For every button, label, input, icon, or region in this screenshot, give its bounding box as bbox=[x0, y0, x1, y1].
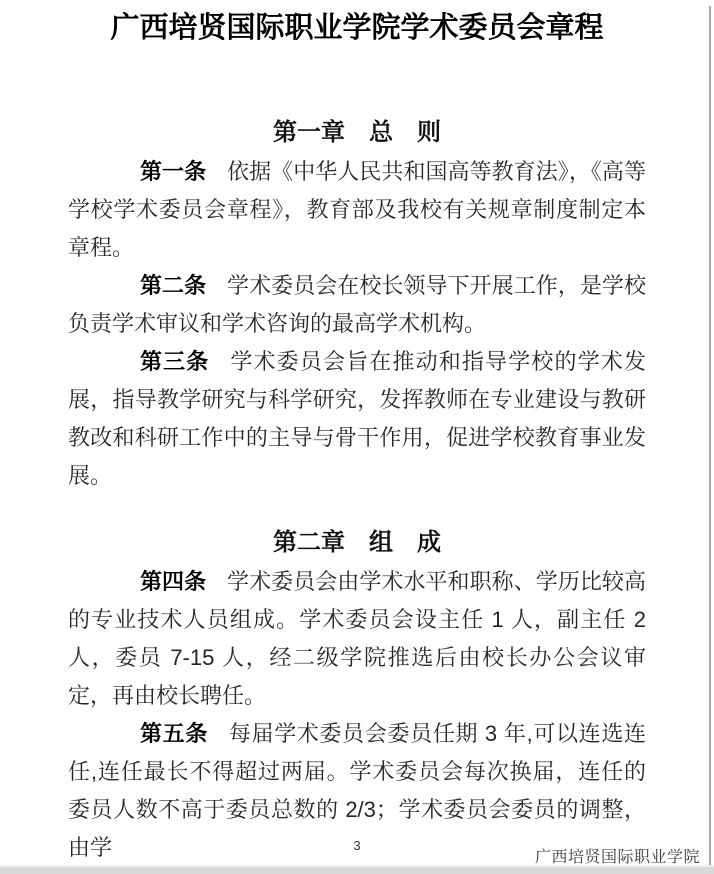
article-4-paragraph: 第四条学术委员会由学术水平和职称、学历比较高的专业技术人员组成。学术委员会设主任… bbox=[68, 563, 646, 715]
chapter-1-heading: 第一章 总 则 bbox=[68, 112, 646, 153]
article-1-label: 第一条 bbox=[140, 159, 206, 184]
article-3-label: 第三条 bbox=[140, 349, 209, 374]
document-content: 广西培贤国际职业学院学术委员会章程 第一章 总 则 第一条依据《中华人民共和国高… bbox=[68, 0, 646, 867]
article-1-paragraph: 第一条依据《中华人民共和国高等教育法》，《高等学校学术委员会章程》，教育部及我校… bbox=[68, 153, 646, 267]
chapter-1: 第一章 总 则 第一条依据《中华人民共和国高等教育法》，《高等学校学术委员会章程… bbox=[68, 112, 646, 495]
chapter-2-heading: 第二章 组 成 bbox=[68, 522, 646, 563]
article-3-paragraph: 第三条学术委员会旨在推动和指导学校的学术发展，指导教学研究与科学研究，发挥教师在… bbox=[68, 343, 646, 495]
page-edge-bottom bbox=[0, 865, 714, 874]
page-edge-right bbox=[709, 6, 711, 874]
article-2-label: 第二条 bbox=[140, 273, 206, 298]
footer-institution-name: 广西培贤国际职业学院 bbox=[535, 844, 700, 867]
chapter-2: 第二章 组 成 第四条学术委员会由学术水平和职称、学历比较高的专业技术人员组成。… bbox=[68, 522, 646, 867]
document-title: 广西培贤国际职业学院学术委员会章程 bbox=[68, 0, 646, 48]
article-2-paragraph: 第二条学术委员会在校长领导下开展工作，是学校负责学术审议和学术咨询的最高学术机构… bbox=[68, 267, 646, 343]
article-5-label: 第五条 bbox=[140, 721, 208, 746]
article-4-label: 第四条 bbox=[140, 569, 206, 594]
document-page: 广西培贤国际职业学院学术委员会章程 第一章 总 则 第一条依据《中华人民共和国高… bbox=[0, 0, 714, 874]
